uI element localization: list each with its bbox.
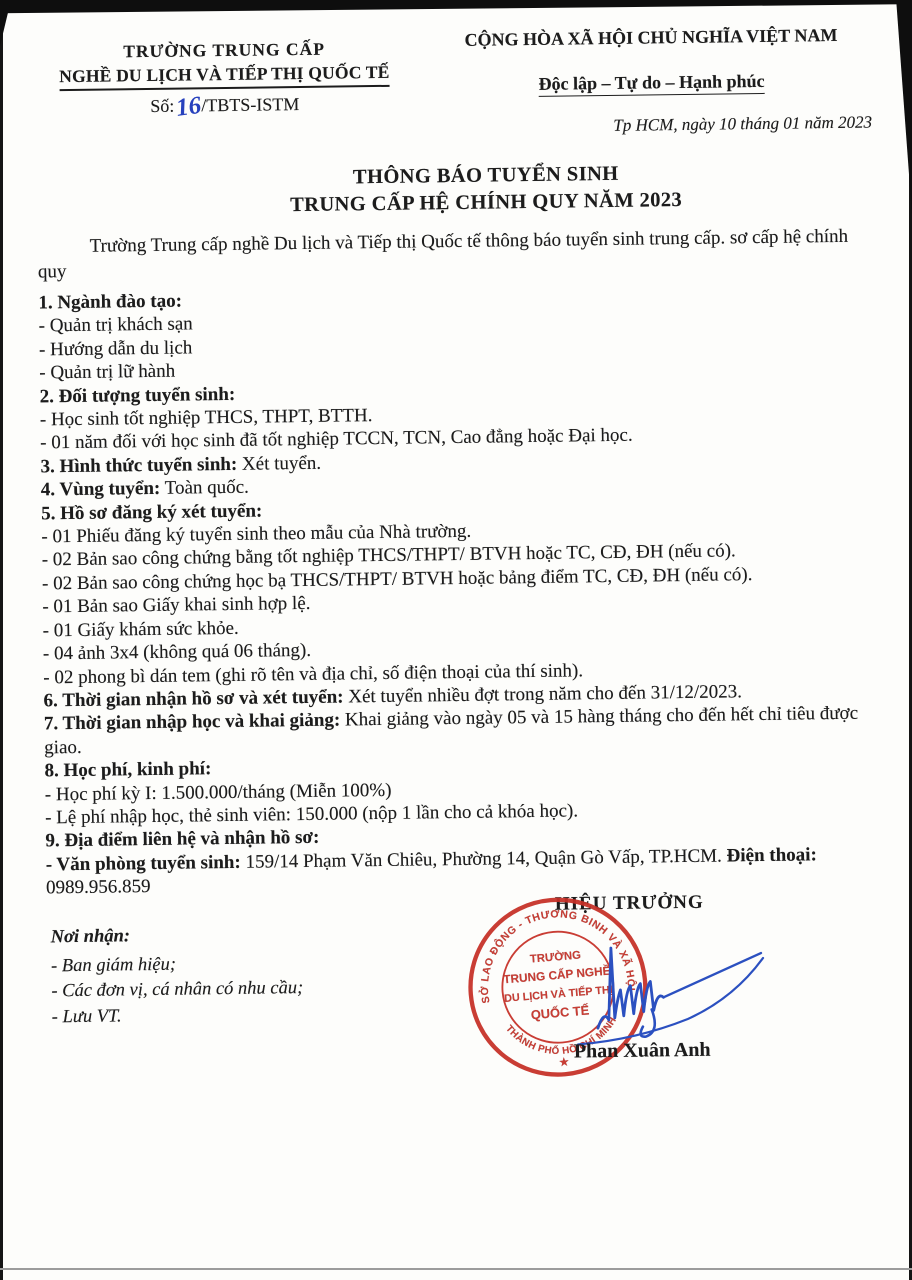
- recipients-block: Nơi nhận: - Ban giám hiệu; - Các đơn vị,…: [51, 922, 304, 1030]
- national-title: CỘNG HÒA XÃ HỘI CHỦ NGHĨA VIỆT NAM: [427, 24, 875, 51]
- recipient-item: - Lưu VT.: [52, 1002, 304, 1031]
- document-body: 1. Ngành đào tạo: - Quản trị khách sạn -…: [38, 280, 896, 900]
- signer-name: Phan Xuân Anh: [542, 1038, 742, 1064]
- contact-line: - Văn phòng tuyển sinh: 159/14 Phạm Văn …: [46, 842, 897, 900]
- scanned-document-page: TRƯỜNG TRUNG CẤP NGHỀ DU LỊCH VÀ TIẾP TH…: [0, 0, 912, 1280]
- doc-number-suffix: /TBTS-ISTM: [201, 94, 299, 115]
- recipient-item: - Ban giám hiệu;: [51, 951, 303, 980]
- intro-paragraph: Trường Trung cấp nghề Du lịch và Tiếp th…: [37, 224, 874, 285]
- recipients-heading: Nơi nhận:: [51, 922, 303, 951]
- document-number: Số:16/TBTS-ISTM: [36, 88, 414, 121]
- signature: [575, 936, 781, 1054]
- national-motto: Độc lập – Tự do – Hạnh phúc: [538, 71, 764, 97]
- issuer-block: TRƯỜNG TRUNG CẤP NGHỀ DU LỊCH VÀ TIẾP TH…: [35, 31, 414, 121]
- document-title: THÔNG BÁO TUYỂN SINH TRUNG CẤP HỆ CHÍNH …: [37, 157, 878, 222]
- scan-edge-left: [0, 0, 3, 1280]
- national-header-block: CỘNG HÒA XÃ HỘI CHỦ NGHĨA VIỆT NAM Độc l…: [427, 24, 876, 138]
- document: TRƯỜNG TRUNG CẤP NGHỀ DU LỊCH VÀ TIẾP TH…: [0, 0, 912, 1280]
- signature-graphic: [575, 936, 781, 1054]
- stamp-inner-line: TRƯỜNG: [529, 948, 581, 965]
- handwritten-number: 16: [174, 92, 203, 123]
- document-header: TRƯỜNG TRUNG CẤP NGHỀ DU LỊCH VÀ TIẾP TH…: [35, 24, 876, 143]
- issuer-line2: NGHỀ DU LỊCH VÀ TIẾP THỊ QUỐC TẾ: [59, 62, 390, 91]
- date-line: Tp HCM, ngày 10 tháng 01 năm 2023: [428, 112, 876, 138]
- scan-edge-bottom: [0, 1268, 912, 1270]
- doc-number-prefix: Số:: [150, 96, 174, 116]
- recipient-item: - Các đơn vị, cá nhân có nhu cầu;: [51, 976, 303, 1005]
